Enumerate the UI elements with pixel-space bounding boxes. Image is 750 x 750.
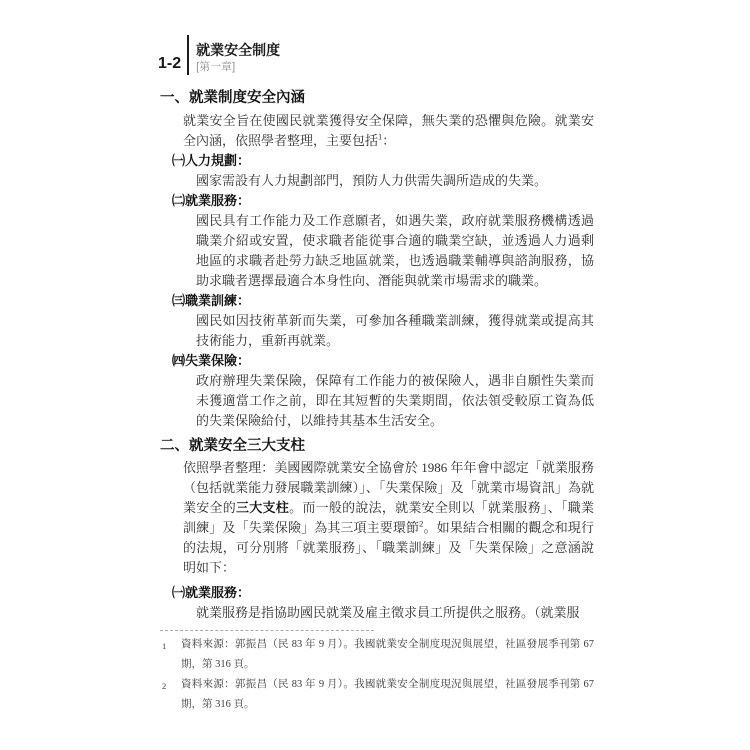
section1-item1-text: 國家需設有人力規劃部門，預防人力供需失調所造成的失業。 bbox=[158, 171, 594, 191]
page-header: 1-2 就業安全制度 [第一章] bbox=[158, 33, 594, 75]
footnote-1-marker: 1 bbox=[162, 635, 181, 675]
section2-item1-text: 就業服務是指協助國民就業及雇主徵求員工所提供之服務。（就業服 bbox=[158, 603, 594, 623]
section2-paragraph: 依照學者整理：美國國際就業安全協會於 1986 年年會中認定「就業服務（包括就業… bbox=[158, 458, 594, 578]
footnote-separator bbox=[160, 630, 374, 631]
header-divider bbox=[187, 35, 189, 75]
footnotes: 1 資料來源：郭振昌（民 83 年 9 月）。我國就業安全制度現況與展望，社區發… bbox=[158, 635, 594, 715]
section2-para-bold: 三大支柱 bbox=[236, 500, 289, 515]
section1-item4-text: 政府辦理失業保險，保障有工作能力的被保險人，遇非自願性失業而未獲適當工作之前，即… bbox=[158, 371, 594, 431]
footnote-1: 1 資料來源：郭振昌（民 83 年 9 月）。我國就業安全制度現況與展望，社區發… bbox=[158, 635, 594, 675]
footnote-2: 2 資料來源：郭振昌（民 83 年 9 月）。我國就業安全制度現況與展望，社區發… bbox=[158, 675, 594, 715]
section1-intro-tail: ： bbox=[382, 133, 395, 148]
header-titles: 就業安全制度 [第一章] bbox=[196, 41, 280, 75]
section2-heading: 二、就業安全三大支柱 bbox=[160, 436, 594, 456]
section1-item4-label: ㈣失業保險： bbox=[158, 351, 594, 371]
section1-item3-label: ㈢職業訓練： bbox=[158, 291, 594, 311]
footnote-2-marker: 2 bbox=[162, 675, 181, 715]
section1-intro-paragraph: 就業安全旨在使國民就業獲得安全保障，無失業的恐懼與危險。就業安全內涵，依照學者整… bbox=[158, 111, 594, 151]
section1-item3-text: 國民如因技術革新而失業，可參加各種職業訓練，獲得就業或提高其技術能力，重新再就業… bbox=[158, 311, 594, 351]
footnote-2-text: 資料來源：郭振昌（民 83 年 9 月）。我國就業安全制度現況與展望，社區發展季… bbox=[181, 675, 594, 715]
page-content: 1-2 就業安全制度 [第一章] 一、就業制度安全內涵 就業安全旨在使國民就業獲… bbox=[158, 33, 594, 715]
section1-item2-text: 國民具有工作能力及工作意願者，如遇失業，政府就業服務機構透過職業介紹或安置，使求… bbox=[158, 211, 594, 291]
section1-item2-label: ㈡就業服務： bbox=[158, 191, 594, 211]
section2-item1-label: ㈠就業服務： bbox=[158, 583, 594, 603]
chapter-label: [第一章] bbox=[196, 60, 280, 75]
page-number: 1-2 bbox=[158, 56, 181, 75]
section1-item1-label: ㈠人力規劃： bbox=[158, 151, 594, 171]
section1-heading: 一、就業制度安全內涵 bbox=[160, 88, 594, 108]
book-title: 就業安全制度 bbox=[196, 41, 280, 60]
book-page: 1-2 就業安全制度 [第一章] 一、就業制度安全內涵 就業安全旨在使國民就業獲… bbox=[0, 0, 750, 750]
footnote-1-text: 資料來源：郭振昌（民 83 年 9 月）。我國就業安全制度現況與展望，社區發展季… bbox=[181, 635, 594, 675]
